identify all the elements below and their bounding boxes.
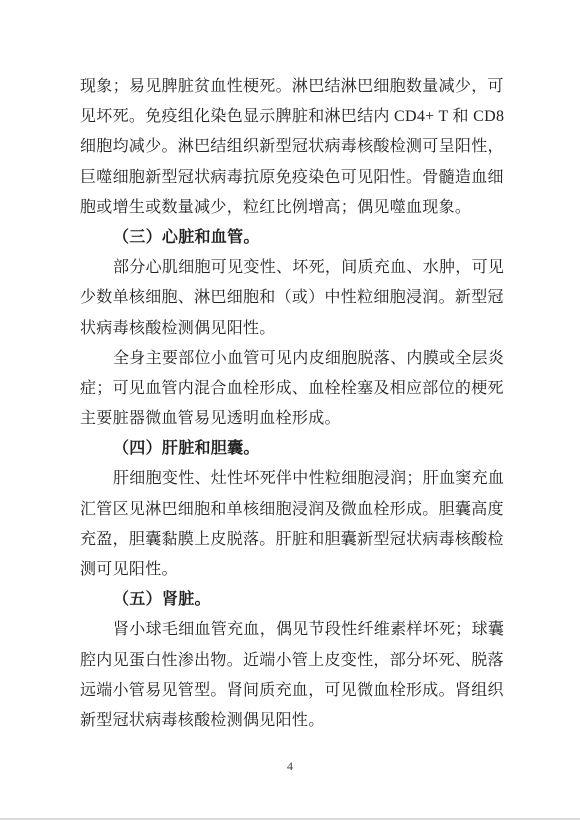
text-line: 胞或增生或数量减少，粒红比例增高；偶见噬血现象。 [80,193,504,223]
text-line: 测可见阳性。 [80,555,504,585]
document-page: 现象；易见脾脏贫血性梗死。淋巴结淋巴细胞数量减少，可见坏死。免疫组化染色显示脾脏… [0,0,580,820]
text-line: 部分心肌细胞可见变性、坏死，间质充血、水肿，可见 [80,253,504,283]
text-line: 新型冠状病毒核酸检测偶见阳性。 [80,706,504,736]
text-line: 现象；易见脾脏贫血性梗死。淋巴结淋巴细胞数量减少，可 [80,72,504,102]
text-line: 症；可见血管内混合血栓形成、血栓栓塞及相应部位的梗死。 [80,374,504,404]
text-line: （三）心脏和血管。 [80,223,504,253]
paragraph: 肾小球毛细血管充血，偶见节段性纤维素样坏死；球囊腔内见蛋白性渗出物。近端小管上皮… [80,615,504,736]
text-line: 少数单核细胞、淋巴细胞和（或）中性粒细胞浸润。新型冠 [80,283,504,313]
text-line: 腔内见蛋白性渗出物。近端小管上皮变性，部分坏死、脱落， [80,646,504,676]
text-line: 肾小球毛细血管充血，偶见节段性纤维素样坏死；球囊 [80,615,504,645]
text-line: 全身主要部位小血管可见内皮细胞脱落、内膜或全层炎 [80,344,504,374]
text-line: 巨噬细胞新型冠状病毒抗原免疫染色可见阳性。骨髓造血细 [80,163,504,193]
paragraph: 现象；易见脾脏贫血性梗死。淋巴结淋巴细胞数量减少，可见坏死。免疫组化染色显示脾脏… [80,72,504,223]
text-line: 肝细胞变性、灶性坏死伴中性粒细胞浸润；肝血窦充血， [80,464,504,494]
document-text-area: 现象；易见脾脏贫血性梗死。淋巴结淋巴细胞数量减少，可见坏死。免疫组化染色显示脾脏… [80,72,504,736]
page-number: 4 [0,758,580,774]
text-line: 充盈，胆囊黏膜上皮脱落。肝脏和胆囊新型冠状病毒核酸检 [80,525,504,555]
text-line: 主要脏器微血管易见透明血栓形成。 [80,404,504,434]
section-heading: （四）肝脏和胆囊。 [80,434,504,464]
text-line: （四）肝脏和胆囊。 [80,434,504,464]
paragraph: 肝细胞变性、灶性坏死伴中性粒细胞浸润；肝血窦充血，汇管区见淋巴细胞和单核细胞浸润… [80,464,504,585]
text-line: 远端小管易见管型。肾间质充血，可见微血栓形成。肾组织 [80,676,504,706]
text-line: 细胞均减少。淋巴结组织新型冠状病毒核酸检测可呈阳性， [80,132,504,162]
paragraph: 全身主要部位小血管可见内皮细胞脱落、内膜或全层炎症；可见血管内混合血栓形成、血栓… [80,344,504,435]
section-heading: （三）心脏和血管。 [80,223,504,253]
text-line: 汇管区见淋巴细胞和单核细胞浸润及微血栓形成。胆囊高度 [80,495,504,525]
section-heading: （五）肾脏。 [80,585,504,615]
text-line: （五）肾脏。 [80,585,504,615]
text-line: 见坏死。免疫组化染色显示脾脏和淋巴结内 CD4+ T 和 CD8+T [80,102,504,132]
text-line: 状病毒核酸检测偶见阳性。 [80,314,504,344]
paragraph: 部分心肌细胞可见变性、坏死，间质充血、水肿，可见少数单核细胞、淋巴细胞和（或）中… [80,253,504,344]
